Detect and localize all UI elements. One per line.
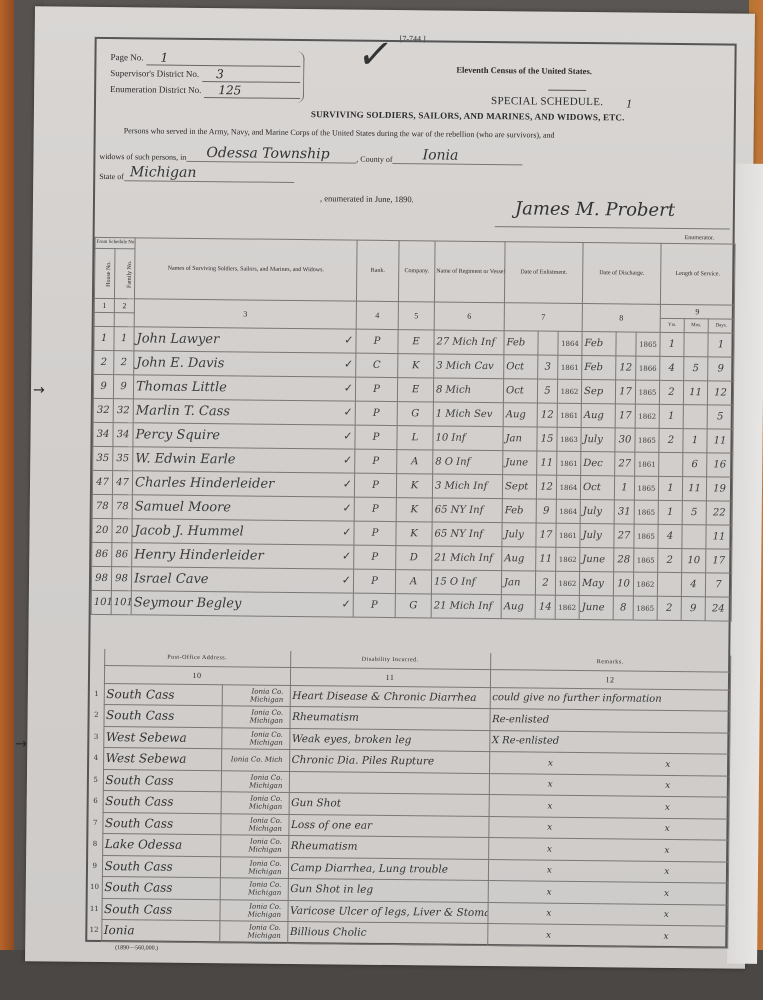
enlistment-month: June xyxy=(503,451,537,475)
discharge-year: 1865 xyxy=(634,500,658,524)
disability: Weak eyes, broken leg xyxy=(289,728,489,752)
discharge-month: Feb xyxy=(582,356,616,380)
enlistment-month: Aug xyxy=(503,403,537,427)
census-sheet: [7-744.] ✓ Page No. 1 Supervisor's Distr… xyxy=(25,6,755,968)
soldier-name: Seymour Begley✓ xyxy=(131,591,353,617)
house-no: 98 xyxy=(91,566,111,590)
remark-mark: x xyxy=(491,822,609,833)
disability: Chronic Dia. Piles Rupture xyxy=(289,749,489,773)
remark-mark: x xyxy=(609,781,727,792)
enlistment-day: 9 xyxy=(536,499,556,523)
arrow-icon: → xyxy=(33,382,45,398)
schedule-title: SPECIAL SCHEDULE. xyxy=(491,95,603,108)
service-months: 10 xyxy=(682,549,706,573)
discharge-day: 30 xyxy=(615,428,635,452)
county-state: Ionia Co. Michigan xyxy=(221,706,289,728)
rank: P xyxy=(354,545,396,569)
discharge-day: 31 xyxy=(614,500,634,524)
soldier-name: Percy Squire✓ xyxy=(133,423,355,449)
remark-mark: x xyxy=(609,759,727,770)
enlistment-day: 12 xyxy=(537,403,557,427)
check-icon: ✓ xyxy=(342,574,351,587)
remark-mark: x xyxy=(492,758,610,769)
disability: Rheumatism xyxy=(289,706,489,730)
header-brace xyxy=(294,51,305,103)
post-office: Lake Odessa xyxy=(102,834,220,857)
col-num-3: 3 xyxy=(134,299,356,329)
footer-code: (1890—560,000.) xyxy=(115,945,158,951)
discharge-year: 1865 xyxy=(634,476,658,500)
family-no: 20 xyxy=(112,519,132,543)
rank: C xyxy=(356,353,398,377)
family-no: 32 xyxy=(113,399,133,423)
rank: P xyxy=(353,593,395,617)
soldier-name: Thomas Little✓ xyxy=(133,375,355,401)
company: G xyxy=(395,594,431,618)
col-num-6: 6 xyxy=(434,302,504,331)
col-num-7: 7 xyxy=(504,303,582,332)
disability: Billious Cholic xyxy=(287,921,487,945)
enumerator-label: Enumerator. xyxy=(685,235,715,241)
enlistment-year: 1861 xyxy=(556,523,580,547)
enlistment-day: 14 xyxy=(535,595,555,619)
service-months: 9 xyxy=(681,597,705,621)
post-office: Ionia xyxy=(101,920,219,943)
enlistment-day: 17 xyxy=(536,523,556,547)
remark-mark: x xyxy=(608,824,726,835)
service-years: 2 xyxy=(657,596,681,620)
family-no: 1 xyxy=(114,327,134,351)
soldier-name: W. Edwin Earle✓ xyxy=(133,447,355,473)
enlistment-month: Sept xyxy=(502,475,536,499)
page-no-label: Page No. xyxy=(110,49,143,65)
col-header-discharge: Date of Discharge. xyxy=(582,243,661,305)
enlistment-year: 1862 xyxy=(556,547,580,571)
discharge-day: 8 xyxy=(613,596,633,620)
discharge-day xyxy=(616,332,636,356)
post-office: South Cass xyxy=(102,877,220,900)
service-days: 9 xyxy=(708,357,734,381)
line-number: 5 xyxy=(89,769,103,791)
house-no: 1 xyxy=(94,326,114,350)
family-no: 101 xyxy=(111,591,131,615)
line-number: 6 xyxy=(89,790,103,812)
service-years: 4 xyxy=(660,356,684,380)
state-value: Michigan xyxy=(124,164,294,183)
soldier-name: Henry Hinderleider✓ xyxy=(132,543,354,569)
service-days: 22 xyxy=(706,501,732,525)
post-office: South Cass xyxy=(102,812,220,835)
rank: P xyxy=(355,377,397,401)
remark-mark: x xyxy=(608,867,726,878)
regiment: 65 NY Inf xyxy=(432,522,502,547)
soldier-name: Israel Cave✓ xyxy=(131,567,353,593)
enumeration-district-field: Enumeration District No. 125 xyxy=(110,81,300,99)
county-state: Ionia Co. Michigan xyxy=(220,813,288,835)
enlistment-year: 1861 xyxy=(558,355,582,379)
service-days: 11 xyxy=(706,525,732,549)
disability: Gun Shot in leg xyxy=(288,878,488,902)
subcol-months: Mos. xyxy=(684,319,708,333)
service-months: 11 xyxy=(682,477,706,501)
col-header-regiment: Name of Regiment or Vessel. xyxy=(434,241,505,303)
enlistment-year: 1861 xyxy=(557,403,581,427)
line-number: 4 xyxy=(89,747,103,769)
service-months xyxy=(682,525,706,549)
col-num-2: 2 xyxy=(114,299,134,313)
company: A xyxy=(397,450,433,474)
col-header-length: Length of Service. xyxy=(660,243,735,305)
regiment: 65 NY Inf xyxy=(432,498,502,523)
enlistment-year: 1861 xyxy=(557,451,581,475)
county-state: Ionia Co. Mich xyxy=(221,749,289,771)
enlistment-month: Oct xyxy=(503,379,537,403)
regiment: 8 O Inf xyxy=(433,450,503,475)
check-icon: ✓ xyxy=(342,526,351,539)
remark-mark: x xyxy=(491,779,609,790)
discharge-year: 1865 xyxy=(634,548,658,572)
page-no-value: 1 xyxy=(146,50,300,67)
soldiers-table: From Schedule No. 1. Names of Surviving … xyxy=(91,237,737,622)
discharge-year: 1865 xyxy=(635,428,659,452)
enumeration-district-value: 125 xyxy=(204,83,300,99)
family-no: 78 xyxy=(112,495,132,519)
company: K xyxy=(396,498,432,522)
remarks: xx xyxy=(487,924,727,948)
remarks: Re-enlisted xyxy=(489,709,729,733)
remarks: could give no further information xyxy=(490,687,730,711)
col-header-rank: Rank. xyxy=(356,240,399,301)
post-office: South Cass xyxy=(103,705,221,728)
discharge-month: July xyxy=(580,499,614,523)
widows-prefix: widows of such persons, in xyxy=(99,152,186,162)
service-days: 24 xyxy=(705,597,731,621)
county-value: Ionia xyxy=(393,147,523,165)
check-icon: ✓ xyxy=(341,597,350,610)
service-days: 7 xyxy=(705,573,731,597)
service-months: 11 xyxy=(683,381,707,405)
remark-mark: x xyxy=(608,845,726,856)
service-years xyxy=(657,572,681,596)
service-days: 11 xyxy=(707,429,733,453)
company: K xyxy=(398,354,434,378)
service-months: 1 xyxy=(683,429,707,453)
check-icon: ✓ xyxy=(344,334,353,347)
post-office: South Cass xyxy=(103,769,221,792)
service-months: 5 xyxy=(682,501,706,525)
regiment: 15 O Inf xyxy=(431,570,501,595)
discharge-month: June xyxy=(580,547,614,571)
enlistment-year: 1862 xyxy=(555,571,579,595)
service-months: 6 xyxy=(683,453,707,477)
discharge-day: 17 xyxy=(615,380,635,404)
house-no: 35 xyxy=(93,446,113,470)
service-months xyxy=(683,405,707,429)
service-months: 5 xyxy=(684,357,708,381)
service-months xyxy=(684,333,708,357)
post-office: South Cass xyxy=(104,683,222,706)
col-header-post-office: Post-Office Address. xyxy=(104,649,290,667)
service-years: 2 xyxy=(659,380,683,404)
county-state: Ionia Co. Michigan xyxy=(219,899,287,921)
title-rule xyxy=(548,90,586,91)
service-years xyxy=(659,452,683,476)
rank: P xyxy=(356,329,398,353)
family-no: 34 xyxy=(113,423,133,447)
discharge-day: 17 xyxy=(615,404,635,428)
check-icon: ✓ xyxy=(344,406,353,419)
check-icon: ✓ xyxy=(343,454,352,467)
discharge-month: Dec xyxy=(581,451,615,475)
discharge-month: Aug xyxy=(581,403,615,427)
remark-mark: x xyxy=(490,865,608,876)
service-years: 1 xyxy=(658,500,682,524)
discharge-month: May xyxy=(579,571,613,595)
county-state: Ionia Co. Michigan xyxy=(220,856,288,878)
county-label: , County of xyxy=(356,155,392,164)
line-number: 11 xyxy=(87,898,101,920)
remarks: xx xyxy=(488,881,728,905)
col-num-9: 9 xyxy=(660,304,734,319)
line-number: 10 xyxy=(88,876,102,898)
discharge-month: Sep xyxy=(581,380,615,404)
disability: Rheumatism xyxy=(288,835,488,859)
remark-mark: x xyxy=(607,931,725,942)
enlistment-day: 11 xyxy=(537,451,557,475)
arrow-icon: → xyxy=(15,736,27,752)
family-no: 47 xyxy=(112,471,132,495)
rank: P xyxy=(355,401,397,425)
check-icon: ✓ xyxy=(343,430,352,443)
line-number: 3 xyxy=(89,726,103,748)
address-disability-table: Post-Office Address. Disability Incurred… xyxy=(87,649,732,948)
disability: Gun Shot xyxy=(289,792,489,816)
rank: P xyxy=(354,521,396,545)
discharge-month: June xyxy=(579,595,613,619)
discharge-month: July xyxy=(580,523,614,547)
col-num-5: 5 xyxy=(398,302,434,330)
service-days: 19 xyxy=(706,477,732,501)
rank: P xyxy=(355,425,397,449)
company: E xyxy=(397,378,433,402)
house-no: 78 xyxy=(92,494,112,518)
enumerator-signature: James M. Probert xyxy=(515,198,675,221)
service-years: 2 xyxy=(659,428,683,452)
soldier-name: Jacob J. Hummel✓ xyxy=(132,519,354,545)
signature-rule xyxy=(495,226,730,229)
col-num-10: 10 xyxy=(104,665,290,685)
check-icon: ✓ xyxy=(342,502,351,515)
remark-mark: x xyxy=(609,802,727,813)
remark-mark: x xyxy=(491,844,609,855)
discharge-day: 27 xyxy=(614,524,634,548)
regiment: 3 Mich Cav xyxy=(434,354,504,379)
enlistment-month: Feb xyxy=(504,331,538,355)
enlistment-month: July xyxy=(502,523,536,547)
soldier-name: John E. Davis✓ xyxy=(134,351,356,377)
remark-mark: x xyxy=(608,910,726,921)
remarks: xx xyxy=(489,795,729,819)
remarks: xx xyxy=(489,773,729,797)
schedule-mark: 1 xyxy=(626,96,632,111)
family-no: 2 xyxy=(114,351,134,375)
discharge-day: 1 xyxy=(614,476,634,500)
soldier-name: Samuel Moore✓ xyxy=(132,495,354,521)
enumeration-district-label: Enumeration District No. xyxy=(110,81,201,98)
col-num-8: 8 xyxy=(582,304,660,333)
enlistment-year: 1863 xyxy=(557,427,581,451)
line-number: 9 xyxy=(88,855,102,877)
service-days: 5 xyxy=(707,405,733,429)
remarks: xx xyxy=(488,816,728,840)
enlistment-year: 1864 xyxy=(556,499,580,523)
service-days: 12 xyxy=(707,381,733,405)
county-state: Ionia Co. Michigan xyxy=(221,770,289,792)
schedule-group-header: From Schedule No. 1. xyxy=(95,237,135,248)
post-office: West Sebewa xyxy=(103,748,221,771)
service-days: 17 xyxy=(706,549,732,573)
col-header-enlistment: Date of Enlistment. xyxy=(504,242,583,304)
enlistment-month: Aug xyxy=(502,547,536,571)
page-no-field: Page No. 1 xyxy=(110,49,300,67)
discharge-month: Feb xyxy=(582,332,616,356)
intro-text: Persons who served in the Army, Navy, an… xyxy=(124,126,734,141)
county-state: Ionia Co. Michigan xyxy=(222,684,290,706)
enlistment-year: 1862 xyxy=(555,595,579,619)
rank: P xyxy=(354,473,396,497)
discharge-day: 27 xyxy=(615,452,635,476)
house-no: 20 xyxy=(92,518,112,542)
service-years: 2 xyxy=(658,548,682,572)
family-no: 86 xyxy=(112,543,132,567)
post-office: South Cass xyxy=(103,791,221,814)
regiment: 21 Mich Inf xyxy=(432,546,502,571)
discharge-year: 1862 xyxy=(633,572,657,596)
discharge-day: 28 xyxy=(614,548,634,572)
form-frame: ✓ Page No. 1 Supervisor's District No. 3… xyxy=(85,37,736,949)
discharge-year: 1865 xyxy=(634,524,658,548)
company: E xyxy=(398,330,434,354)
discharge-month: July xyxy=(581,427,615,451)
supervisor-district-field: Supervisor's District No. 3 xyxy=(110,65,300,83)
census-title: Eleventh Census of the United States. xyxy=(456,65,592,76)
remarks: xx xyxy=(489,752,729,776)
service-years: 1 xyxy=(659,404,683,428)
schedule-subtitle: SURVIVING SOLDIERS, SAILORS, AND MARINES… xyxy=(311,109,625,122)
enumerated-text: , enumerated in June, 1890. xyxy=(320,193,414,204)
col-header-company: Company. xyxy=(398,241,435,302)
remark-mark: x xyxy=(490,930,608,941)
discharge-month: Oct xyxy=(580,475,614,499)
remark-mark: x xyxy=(490,887,608,898)
header-fields: Page No. 1 Supervisor's District No. 3 E… xyxy=(110,49,300,99)
enlistment-year: 1864 xyxy=(558,331,582,355)
enlistment-day xyxy=(538,331,558,355)
enlistment-day: 5 xyxy=(537,379,557,403)
enlistment-day: 11 xyxy=(536,547,556,571)
company: K xyxy=(396,522,432,546)
check-icon: ✓ xyxy=(344,358,353,371)
regiment: 21 Mich Inf xyxy=(431,594,501,619)
house-no: 32 xyxy=(93,398,113,422)
rank: P xyxy=(354,497,396,521)
county-state: Ionia Co. Michigan xyxy=(221,727,289,749)
county-state: Ionia Co. Michigan xyxy=(219,921,287,943)
enlistment-day: 2 xyxy=(535,571,555,595)
remark-mark: x xyxy=(490,908,608,919)
remark-mark: x xyxy=(491,801,609,812)
check-icon: ✓ xyxy=(344,382,353,395)
rank: P xyxy=(353,569,395,593)
subcol-days: Days. xyxy=(708,319,734,333)
col-header-family: Family No. xyxy=(114,249,135,299)
discharge-year: 1865 xyxy=(636,332,660,356)
discharge-day: 12 xyxy=(616,356,636,380)
check-icon: ✓ xyxy=(343,478,352,491)
soldier-name: Marlin T. Cass✓ xyxy=(133,399,355,425)
regiment: 10 Inf xyxy=(433,426,503,451)
check-icon: ✓ xyxy=(342,550,351,563)
service-years: 4 xyxy=(658,524,682,548)
discharge-year: 1861 xyxy=(635,452,659,476)
service-months: 4 xyxy=(681,573,705,597)
company: A xyxy=(395,570,431,594)
enlistment-day: 15 xyxy=(537,427,557,451)
regiment: 3 Mich Inf xyxy=(432,474,502,499)
line-number: 8 xyxy=(88,833,102,855)
enlistment-month: Oct xyxy=(504,355,538,379)
house-no: 101 xyxy=(91,590,111,614)
company: G xyxy=(397,402,433,426)
disability: Heart Disease & Chronic Diarrhea xyxy=(290,685,490,709)
supervisor-district-label: Supervisor's District No. xyxy=(110,65,199,82)
discharge-year: 1862 xyxy=(635,404,659,428)
col-header-house: House No. xyxy=(94,248,115,298)
disability: Camp Diarrhea, Lung trouble xyxy=(288,857,488,881)
discharge-year: 1866 xyxy=(636,356,660,380)
service-days: 1 xyxy=(708,333,734,357)
enlistment-day: 12 xyxy=(536,475,556,499)
supervisor-district-value: 3 xyxy=(202,67,300,83)
soldier-name: Charles Hinderleider✓ xyxy=(132,471,354,497)
table-surface-left xyxy=(0,0,14,1000)
disability: Varicose Ulcer of legs, Liver & Stomach … xyxy=(287,900,487,924)
county-state: Ionia Co. Michigan xyxy=(221,792,289,814)
house-no: 86 xyxy=(92,542,112,566)
subcol-years: Yrs. xyxy=(660,318,684,332)
enlistment-month: Jan xyxy=(503,427,537,451)
house-no: 34 xyxy=(93,422,113,446)
remark-mark: x xyxy=(608,888,726,899)
enlistment-month: Feb xyxy=(502,499,536,523)
state-row: State of Michigan xyxy=(99,164,729,188)
discharge-day: 10 xyxy=(613,572,633,596)
family-no: 35 xyxy=(113,447,133,471)
house-no: 47 xyxy=(92,470,112,494)
county-state: Ionia Co. Michigan xyxy=(220,878,288,900)
disability: Loss of one ear xyxy=(288,814,488,838)
line-number: 1 xyxy=(90,683,104,705)
enlistment-year: 1864 xyxy=(556,475,580,499)
enlistment-month: Aug xyxy=(501,595,535,619)
col-num-1: 1 xyxy=(94,298,114,312)
enlistment-year: 1862 xyxy=(557,379,581,403)
remarks: xx xyxy=(488,838,728,862)
company: K xyxy=(396,474,432,498)
county-state: Ionia Co. Michigan xyxy=(220,835,288,857)
post-office: South Cass xyxy=(101,898,219,921)
company: D xyxy=(396,546,432,570)
